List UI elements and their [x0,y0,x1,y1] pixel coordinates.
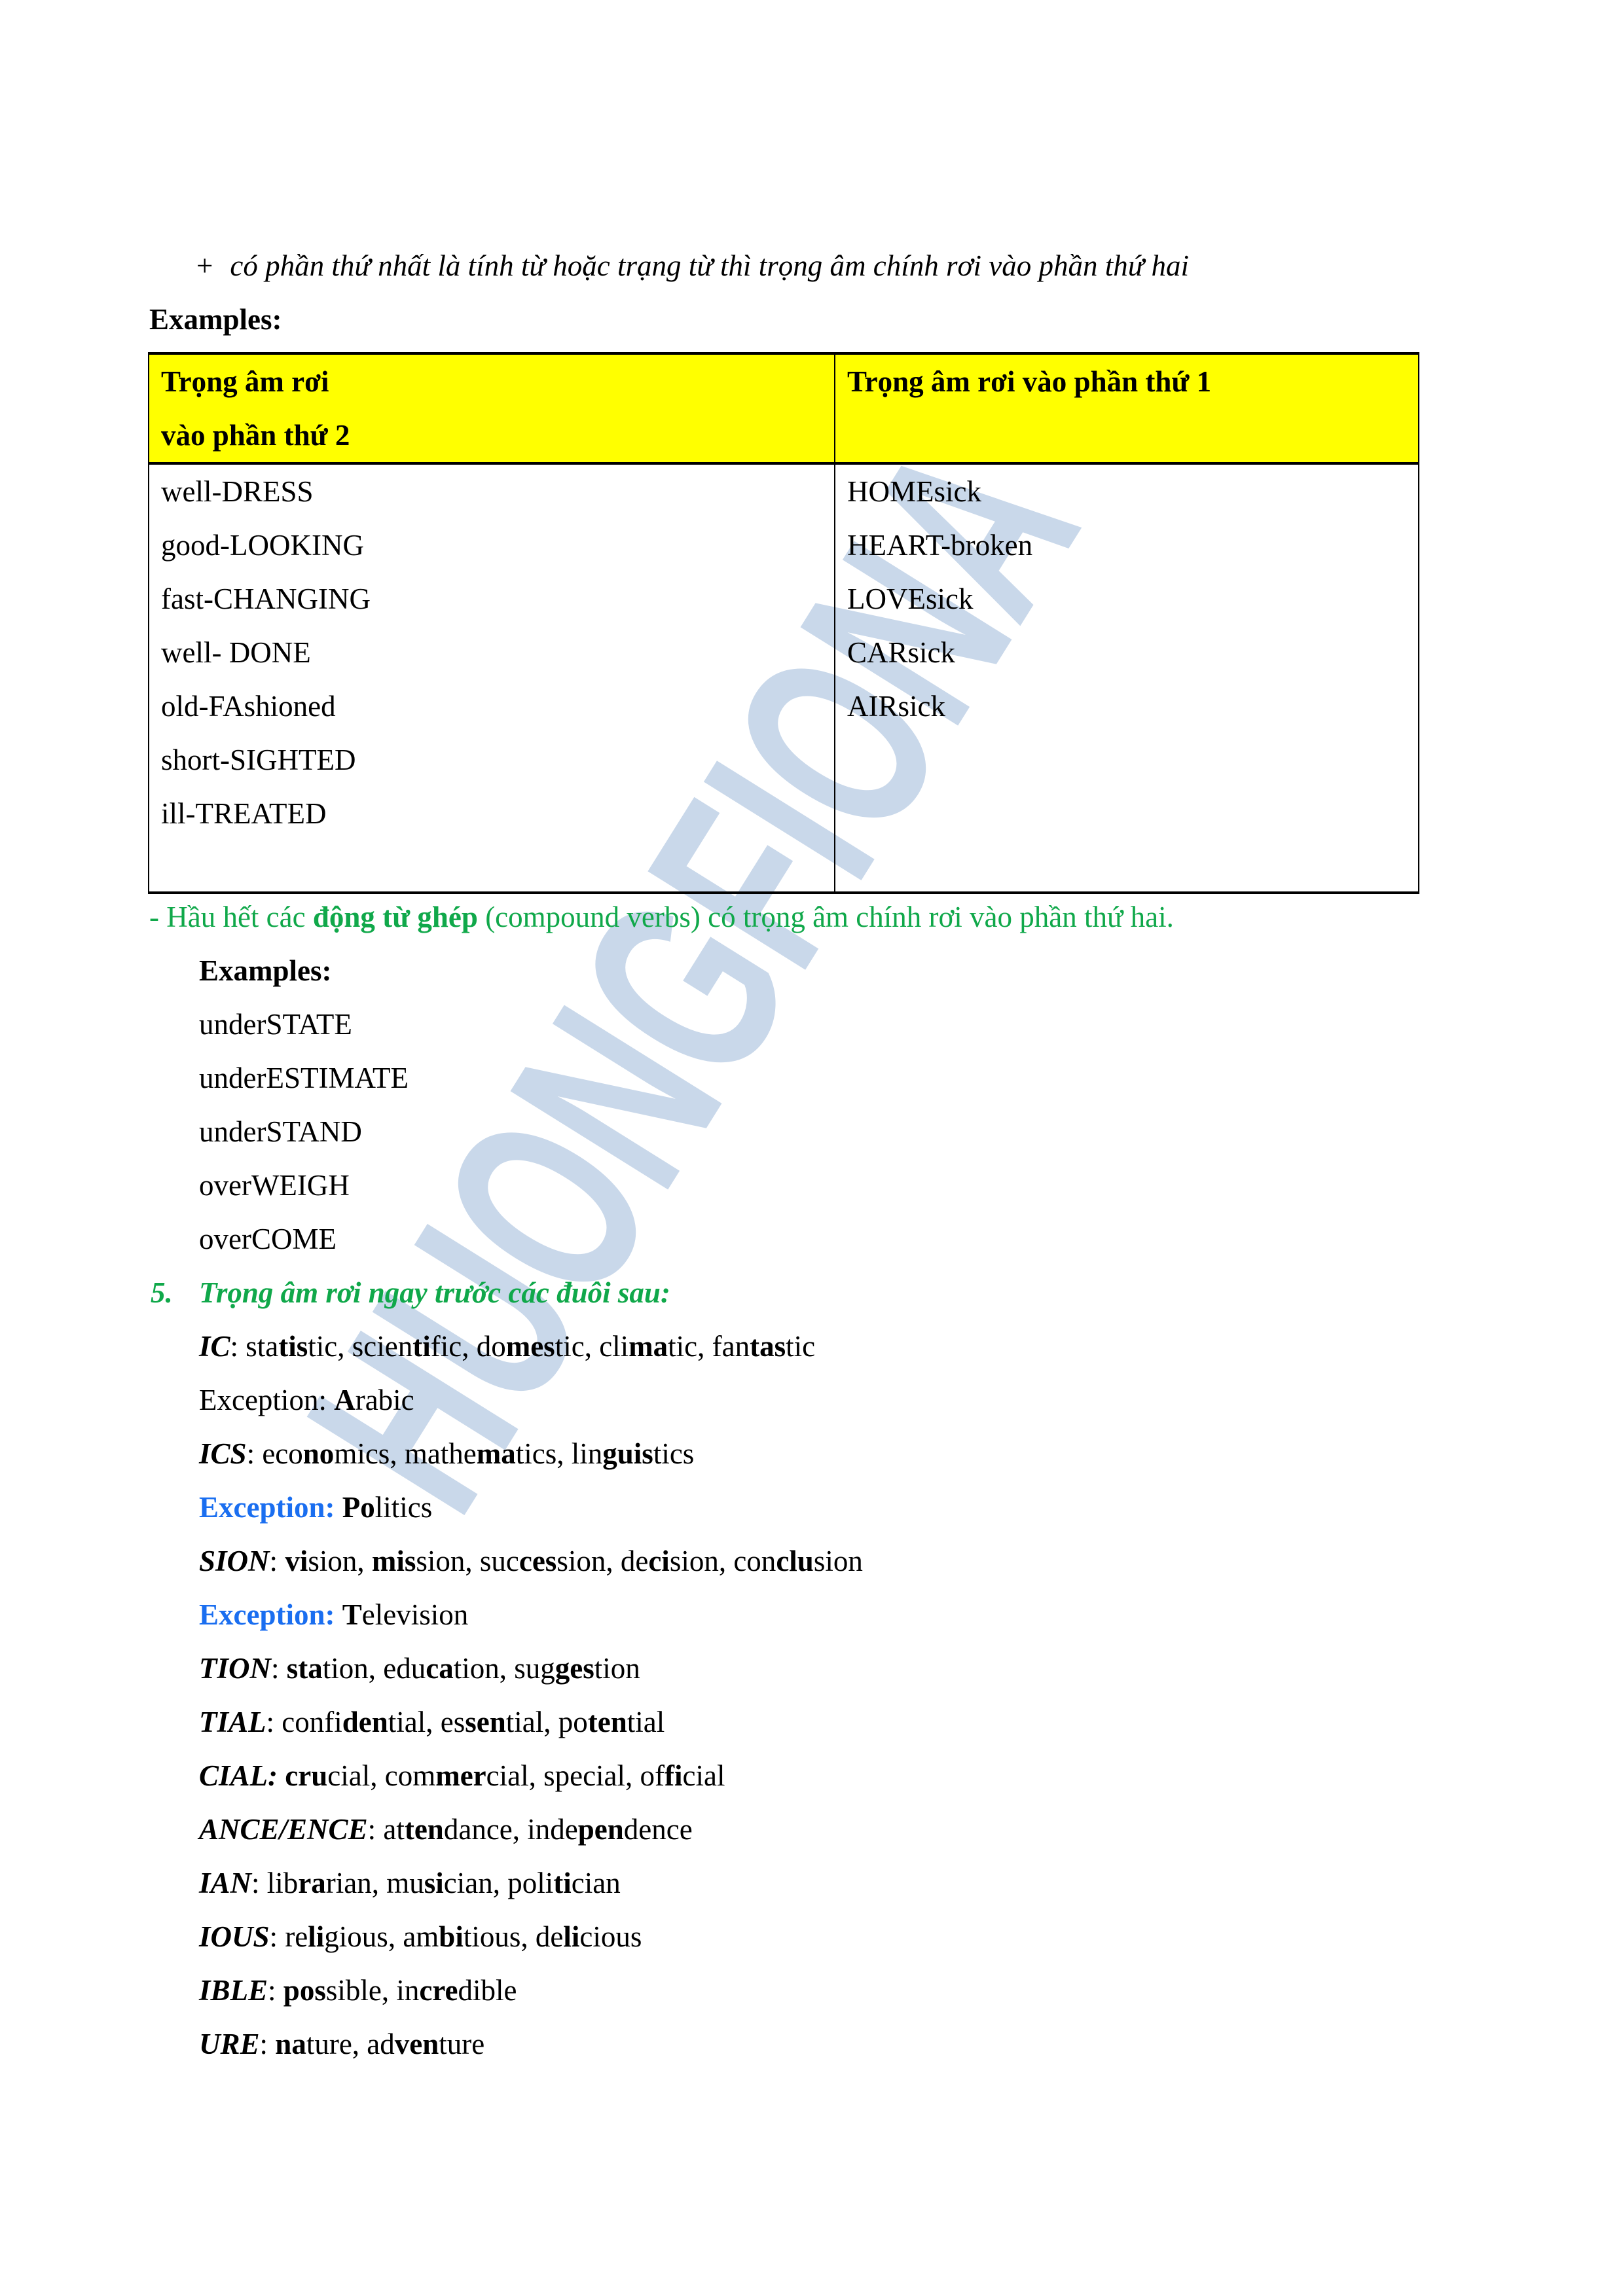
stressed-syllable: ti [412,1330,431,1363]
suffix-label: TION [199,1652,271,1685]
unstressed-part: suc [480,1545,519,1577]
stressed-syllable: na [275,2028,306,2060]
stressed-syllable: mis [372,1545,416,1577]
unstressed-part: fic [431,1330,462,1363]
stressed-syllable: ces [519,1545,556,1577]
table-cell-word: old-FAshioned [161,679,822,733]
suffix-rule: IAN: librarian, musician, politician [199,1856,621,1910]
unstressed-part: cial [327,1759,370,1792]
unstressed-part: fan [712,1330,750,1363]
verb-example: overWEIGH [199,1158,350,1212]
unstressed-part: mathe [405,1437,477,1470]
separator: , [382,1974,397,2007]
stressed-syllable: den [342,1706,388,1738]
unstressed-part: tial [388,1706,426,1738]
unstressed-part: tion [594,1652,640,1685]
table-cell-word: HEART-broken [847,518,1406,572]
separator: , [500,1652,515,1685]
header-col-second-part: Trọng âm rơi vào phần thứ 2 [149,353,835,463]
suffix-rule: TION: station, education, suggestion [199,1641,640,1695]
col-first-part-items: HOMEsickHEART-brokenLOVEsickCARsickAIRsi… [835,463,1419,893]
unstressed-part: of [640,1759,665,1792]
unstressed-part: de [536,1920,563,1953]
colon: : [270,1920,285,1953]
unstressed-part: cli [599,1330,629,1363]
unstressed-part: edu [383,1652,426,1685]
example-word: economics [262,1437,390,1470]
example-word: commercial [385,1759,529,1792]
separator: , [719,1545,734,1577]
unstressed-part: cious [579,1920,642,1953]
stress-examples-table: Trọng âm rơi vào phần thứ 2 Trọng âm rơi… [148,352,1419,894]
stressed-syllable: ca [426,1652,453,1685]
document-page: HUONGFIONA +có phần thứ nhất là tính từ … [0,0,1623,2296]
examples-heading: Examples: [149,293,282,346]
table-cell-word: CARsick [847,626,1406,679]
exception-label: Exception: [199,1598,335,1631]
unstressed-part: am [403,1920,439,1953]
verb-example: underESTIMATE [199,1051,409,1105]
unstressed-part: do [477,1330,506,1363]
example-word: possible [283,1974,382,2007]
separator: , [370,1759,385,1792]
unstressed-part: sion [670,1545,719,1577]
stressed-syllable: pen [578,1813,624,1846]
unstressed-part: cial [683,1759,725,1792]
suffix-label: CIAL [199,1759,268,1792]
verb-example: overCOME [199,1212,337,1266]
example-word: Arabic [334,1384,414,1416]
separator: , [520,1920,536,1953]
example-word: mathematics [405,1437,556,1470]
unstressed-part: re [285,1920,308,1953]
unstressed-part: tics [653,1437,695,1470]
stressed-syllable: si [424,1867,444,1899]
example-word: religious [285,1920,388,1953]
exception-label: Exception: [199,1491,335,1524]
example-word: incredible [396,1974,517,2007]
stressed-syllable: bi [439,1920,464,1953]
colon: : [247,1437,263,1470]
stressed-syllable: mer [435,1759,486,1792]
suffix-rule: ANCE/ENCE: attendance, independence [199,1803,693,1856]
table-cell-word: short-SIGHTED [161,733,822,787]
colon: : [368,1813,384,1846]
separator: , [697,1330,712,1363]
unstressed-part: sug [514,1652,555,1685]
suffix-rule: IBLE: possible, incredible [199,1964,517,2017]
unstressed-part: tic [308,1330,337,1363]
separator: , [426,1706,441,1738]
example-word: confidential [282,1706,426,1738]
suffix-rule: ICS: economics, mathematics, linguistics [199,1427,694,1480]
unstressed-part: special [543,1759,625,1792]
suffix-rule: TIAL: confidential, essential, potential [199,1695,665,1749]
unstressed-part: con [733,1545,776,1577]
suffix-rule: SION: vision, mission, succession, decis… [199,1534,863,1588]
unstressed-part: dence [624,1813,693,1846]
unstressed-part: de [621,1545,648,1577]
space [335,1491,342,1524]
unstressed-part: in [396,1974,419,2007]
stressed-syllable: vi [285,1545,308,1577]
suffix-rule: IOUS: religious, ambitious, delicious [199,1910,642,1964]
exception-line: Exception: Politics [199,1480,432,1534]
separator: , [465,1545,480,1577]
table-header-row: Trọng âm rơi vào phần thứ 2 Trọng âm rơi… [149,353,1419,463]
example-word: statistic [246,1330,337,1363]
example-word: librarian [267,1867,372,1899]
unstressed-part: dible [458,1974,517,2007]
example-word: scientific [352,1330,462,1363]
table-cell-word: well-DRESS [161,465,822,518]
table-row: well-DRESSgood-LOOKINGfast-CHANGINGwell-… [149,463,1419,893]
example-word: Television [342,1598,468,1631]
space [327,1384,334,1416]
example-word: station [287,1652,369,1685]
unstressed-part: sion [416,1545,465,1577]
example-word: mission [372,1545,465,1577]
unstressed-part: at [383,1813,404,1846]
stressed-syllable: sen [465,1706,506,1738]
unstressed-part: po [558,1706,588,1738]
stressed-syllable: ten [405,1813,444,1846]
stressed-syllable: mes [506,1330,555,1363]
example-word: linguistics [572,1437,695,1470]
exception-line: Exception: Arabic [199,1373,414,1427]
rule-bold-term: động từ ghép [313,901,478,933]
stressed-syllable: pos [283,1974,326,2007]
colon: : [268,1759,285,1792]
separator: , [372,1867,387,1899]
separator: , [606,1545,621,1577]
separator: , [625,1759,640,1792]
suffix-rule: CIAL: crucial, commercial, special, offi… [199,1749,725,1803]
suffix-label: SION [199,1545,270,1577]
stressed-syllable: li [563,1920,579,1953]
stressed-syllable: clu [776,1545,814,1577]
example-word: potential [558,1706,665,1738]
rule-prefix: - Hầu hết các [149,901,313,933]
separator: , [543,1706,558,1738]
unstressed-part: sible [326,1974,382,2007]
table-cell-word: good-LOOKING [161,518,822,572]
suffix-label: ICS [199,1437,247,1470]
stressed-syllable: tas [750,1330,786,1363]
suffix-label: IOUS [199,1920,270,1953]
unstressed-part: sion [308,1545,357,1577]
separator: , [388,1920,403,1953]
unstressed-part: tial [506,1706,543,1738]
example-word: fantastic [712,1330,815,1363]
stressed-syllable: cre [419,1974,458,2007]
rule-suffix: (compound verbs) có trọng âm chính rơi v… [478,901,1174,933]
table-cell-word: well- DONE [161,626,822,679]
unstressed-part: litics [375,1491,433,1524]
stressed-syllable: li [308,1920,324,1953]
stressed-syllable: ten [588,1706,627,1738]
separator: , [556,1437,572,1470]
example-word: independence [527,1813,692,1846]
example-word: special [543,1759,625,1792]
example-word: education [383,1652,499,1685]
example-word: climatic [599,1330,697,1363]
separator: , [462,1330,477,1363]
intro-line: +có phần thứ nhất là tính từ hoặc trạng … [196,239,1189,293]
example-word: adventure [367,2028,484,2060]
suffix-rule: IC: statistic, scientific, domestic, cli… [199,1319,815,1373]
suffix-rule: URE: nature, adventure [199,2017,484,2071]
intro-text: có phần thứ nhất là tính từ hoặc trạng t… [230,249,1189,282]
col-second-part-items: well-DRESSgood-LOOKINGfast-CHANGINGwell-… [149,463,835,893]
verb-example: underSTATE [199,997,352,1051]
colon: : [268,1974,283,2007]
unstressed-part: rabic [356,1384,414,1416]
unstressed-part: tic [786,1330,815,1363]
suffix-label: ANCE/ENCE [199,1813,368,1846]
stressed-syllable: ma [629,1330,668,1363]
stressed-syllable: ges [555,1652,594,1685]
example-word: nature [275,2028,352,2060]
unstressed-part: sion [814,1545,863,1577]
unstressed-part: tion [323,1652,369,1685]
stressed-syllable: A [334,1384,356,1416]
unstressed-part: elevision [362,1598,468,1631]
stressed-syllable: ti [553,1867,572,1899]
unstressed-part: tic [668,1330,697,1363]
unstressed-part: confi [282,1706,342,1738]
suffix-label: TIAL [199,1706,266,1738]
separator: , [585,1330,600,1363]
suffix-label: IC [199,1330,230,1363]
unstressed-part: inde [527,1813,577,1846]
verb-example: underSTAND [199,1105,362,1158]
example-word: conclusion [733,1545,863,1577]
exception-label: Exception: [199,1384,327,1416]
unstressed-part: com [385,1759,435,1792]
separator: , [369,1652,384,1685]
example-word: attendance [383,1813,512,1846]
unstressed-part: mics [334,1437,390,1470]
bullet-plus: + [196,249,213,282]
separator: , [337,1330,352,1363]
example-word: delicious [536,1920,642,1953]
unstressed-part: poli [507,1867,553,1899]
unstressed-part: ad [367,2028,394,2060]
example-word: vision [285,1545,357,1577]
colon: : [251,1867,267,1899]
unstressed-part: tious [464,1920,521,1953]
header-col2: Trọng âm rơi vào phần thứ 1 [847,355,1406,408]
colon: : [266,1706,282,1738]
stressed-syllable: tis [278,1330,308,1363]
stressed-syllable: T [342,1598,362,1631]
unstressed-part: sion [556,1545,606,1577]
stressed-syllable: cru [285,1759,327,1792]
unstressed-part: tion [454,1652,500,1685]
unstressed-part: tial [627,1706,665,1738]
stressed-syllable: guis [602,1437,653,1470]
stressed-syllable: ven [395,2028,439,2060]
colon: : [271,1652,287,1685]
table-cell-word: HOMEsick [847,465,1406,518]
table-cell-word: fast-CHANGING [161,572,822,626]
colon: : [230,1330,246,1363]
stressed-syllable: ma [477,1437,516,1470]
example-word: musician [386,1867,492,1899]
space [335,1598,342,1631]
header-col1-line2: vào phần thứ 2 [161,408,822,462]
table-cell-word: ill-TREATED [161,787,822,840]
example-word: essential [441,1706,544,1738]
unstressed-part: lib [267,1867,299,1899]
header-col-first-part: Trọng âm rơi vào phần thứ 1 [835,353,1419,463]
colon: : [270,1545,285,1577]
unstressed-part: rian [326,1867,372,1899]
example-word: politician [507,1867,620,1899]
colon: : [260,2028,276,2060]
example-word: ambitious [403,1920,520,1953]
suffix-label: IAN [199,1867,251,1899]
unstressed-part: ture [306,2028,352,2060]
example-word: decision [621,1545,719,1577]
stressed-syllable: no [303,1437,335,1470]
suffix-label: IBLE [199,1974,268,2007]
unstressed-part: gious [324,1920,388,1953]
unstressed-part: scien [352,1330,412,1363]
stressed-syllable: ra [298,1867,325,1899]
separator: , [357,1545,372,1577]
example-word: suggestion [514,1652,640,1685]
unstressed-part: tics [516,1437,557,1470]
example-word: official [640,1759,725,1792]
unstressed-part: cian [572,1867,621,1899]
stressed-syllable: Po [342,1491,375,1524]
separator: , [352,2028,367,2060]
unstressed-part: sta [246,1330,278,1363]
unstressed-part: tic [555,1330,585,1363]
unstressed-part: cian [444,1867,493,1899]
example-word: crucial [285,1759,370,1792]
separator: , [390,1437,405,1470]
table-cell-word: AIRsick [847,679,1406,733]
suffix-label: URE [199,2028,260,2060]
stressed-syllable: sta [287,1652,323,1685]
unstressed-part: es [441,1706,465,1738]
compound-verbs-rule: - Hầu hết các động từ ghép (compound ver… [149,890,1174,944]
section-title: Trọng âm rơi ngay trước các đuôi sau: [199,1276,670,1309]
header-col1-line1: Trọng âm rơi [161,355,822,408]
unstressed-part: eco [262,1437,302,1470]
exception-line: Exception: Television [199,1588,468,1641]
unstressed-part: ture [439,2028,484,2060]
examples-heading-2: Examples: [199,944,332,997]
separator: , [529,1759,544,1792]
unstressed-part: cial [486,1759,529,1792]
example-word: Politics [342,1491,433,1524]
example-word: domestic [477,1330,585,1363]
section-number: 5. [151,1266,199,1319]
section-5-heading: 5.Trọng âm rơi ngay trước các đuôi sau: [151,1266,670,1319]
table-cell-word: LOVEsick [847,572,1406,626]
separator: , [513,1813,528,1846]
stressed-syllable: fi [665,1759,683,1792]
unstressed-part: lin [572,1437,603,1470]
stressed-syllable: ci [648,1545,669,1577]
separator: , [493,1867,508,1899]
unstressed-part: mu [386,1867,424,1899]
example-word: succession [480,1545,606,1577]
unstressed-part: dance [444,1813,513,1846]
